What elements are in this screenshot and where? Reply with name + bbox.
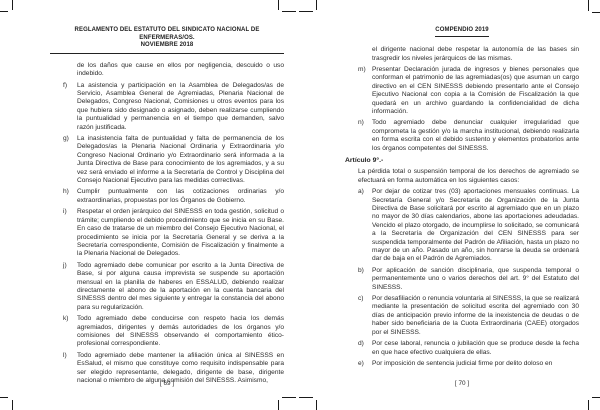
right-page-number: [ 70 ]: [345, 380, 579, 387]
item-letter: g): [63, 135, 77, 185]
item-text: Por imposición de sentencia judicial fir…: [372, 360, 579, 368]
item-letter: b): [358, 267, 372, 292]
right-page-running-header: COMPENDIO 2019: [345, 27, 579, 37]
list-item-b: b) Por aplicación de sanción disciplinar…: [345, 267, 579, 292]
left-page-number: [ 69 ]: [50, 380, 284, 387]
item-letter: d): [358, 340, 372, 357]
scanned-document-spread: { "left_page": { "header_line1": "REGLAM…: [0, 0, 600, 410]
item-letter: a): [358, 188, 372, 264]
left-header-rule: [50, 53, 284, 54]
item-letter: m): [358, 66, 372, 116]
right-header-text: COMPENDIO 2019: [435, 27, 488, 37]
item-text: Presentar Declaración jurada de ingresos…: [372, 66, 579, 116]
crop-mark-top-gutter-left-vertical: [278, 0, 279, 10]
crop-mark-bottom-gutter-left-horizontal: [282, 397, 296, 398]
list-item-i: i) Respetar el orden jerárquico del SINE…: [50, 208, 284, 258]
crop-mark-top-left-vertical: [12, 0, 13, 10]
list-item-h: h) Cumplir puntualmente con las cotizaci…: [50, 188, 284, 205]
item-letter: n): [358, 119, 372, 153]
crop-mark-top-right-vertical: [588, 0, 589, 11]
crop-mark-bottom-left-vertical: [12, 400, 13, 410]
item-text: Por cese laboral, renuncia o jubilación …: [372, 340, 579, 357]
item-text: La asistencia y participación en la Asam…: [77, 82, 284, 132]
left-page: REGLAMENTO DEL ESTATUTO DEL SINDICATO NA…: [50, 27, 284, 388]
crop-mark-bottom-gutter-right-vertical: [316, 400, 317, 410]
crop-mark-top-gutter-right-horizontal: [299, 11, 313, 12]
list-item-a: a) Por dejar de cotizar tres (03) aporta…: [345, 188, 579, 264]
left-header-line1: REGLAMENTO DEL ESTATUTO DEL SINDICATO NA…: [50, 27, 284, 42]
item-letter: k): [63, 315, 77, 349]
item-text: Todo agremiado debe denunciar cualquier …: [372, 119, 579, 153]
list-item-f: f) La asistencia y participación en la A…: [50, 82, 284, 132]
crop-mark-bottom-gutter-left-vertical: [278, 400, 279, 410]
left-page-body: de los daños que cause en ellos por negl…: [50, 62, 284, 386]
crop-mark-bottom-right-vertical: [588, 400, 589, 410]
item-letter: f): [63, 82, 77, 132]
paragraph-continuation: de los daños que cause en ellos por negl…: [77, 62, 284, 79]
item-text: Cumplir puntualmente con las cotizacione…: [77, 188, 284, 205]
right-page: COMPENDIO 2019 el dirigente nacional deb…: [345, 27, 579, 371]
item-text: La inasistencia falta de puntualidad y f…: [77, 135, 284, 185]
paragraph-continuation: el dirigente nacional debe respetar la a…: [372, 46, 579, 63]
article-9-heading: Artículo 9°.-: [345, 157, 579, 165]
crop-mark-top-gutter-left-horizontal: [282, 11, 296, 12]
article-9-intro: La pérdida total o suspensión temporal d…: [358, 168, 579, 185]
list-item-g: g) La inasistencia falta de puntualidad …: [50, 135, 284, 185]
item-letter: h): [63, 188, 77, 205]
item-letter: e): [358, 360, 372, 368]
list-item-m: m) Presentar Declaración jurada de ingre…: [345, 66, 579, 116]
list-item-c: c) Por desafiliación o renuncia voluntar…: [345, 295, 579, 337]
left-page-running-header: REGLAMENTO DEL ESTATUTO DEL SINDICATO NA…: [50, 27, 284, 50]
crop-mark-bottom-left-horizontal: [0, 397, 8, 398]
crop-mark-top-left-horizontal: [0, 11, 8, 12]
item-text: Todo agremiado debe conducirse con respe…: [77, 315, 284, 349]
item-letter: c): [358, 295, 372, 337]
crop-mark-bottom-gutter-right-horizontal: [299, 397, 313, 398]
right-page-body: el dirigente nacional debe respetar la a…: [345, 46, 579, 368]
crop-mark-top-right-horizontal: [592, 12, 600, 13]
item-text: Respetar el orden jerárquico del SINESSS…: [77, 208, 284, 258]
list-item-k: k) Todo agremiado debe conducirse con re…: [50, 315, 284, 349]
item-text: Por desafiliación o renuncia voluntaria …: [372, 295, 579, 337]
list-item-d: d) Por cese laboral, renuncia o jubilaci…: [345, 340, 579, 357]
item-text: Por aplicación de sanción disciplinaria,…: [372, 267, 579, 292]
item-text: Por dejar de cotizar tres (03) aportacio…: [372, 188, 579, 264]
left-header-line2: NOVIEMBRE 2018: [50, 42, 284, 50]
item-letter: j): [63, 262, 77, 312]
list-item-e: e) Por imposición de sentencia judicial …: [345, 360, 579, 368]
item-text: Todo agremiado debe comunicar por escrit…: [77, 262, 284, 312]
list-item-j: j) Todo agremiado debe comunicar por esc…: [50, 262, 284, 312]
list-item-n: n) Todo agremiado debe denunciar cualqui…: [345, 119, 579, 153]
crop-mark-top-gutter-right-vertical: [316, 0, 317, 10]
crop-mark-bottom-right-horizontal: [592, 397, 600, 398]
item-letter: i): [63, 208, 77, 258]
